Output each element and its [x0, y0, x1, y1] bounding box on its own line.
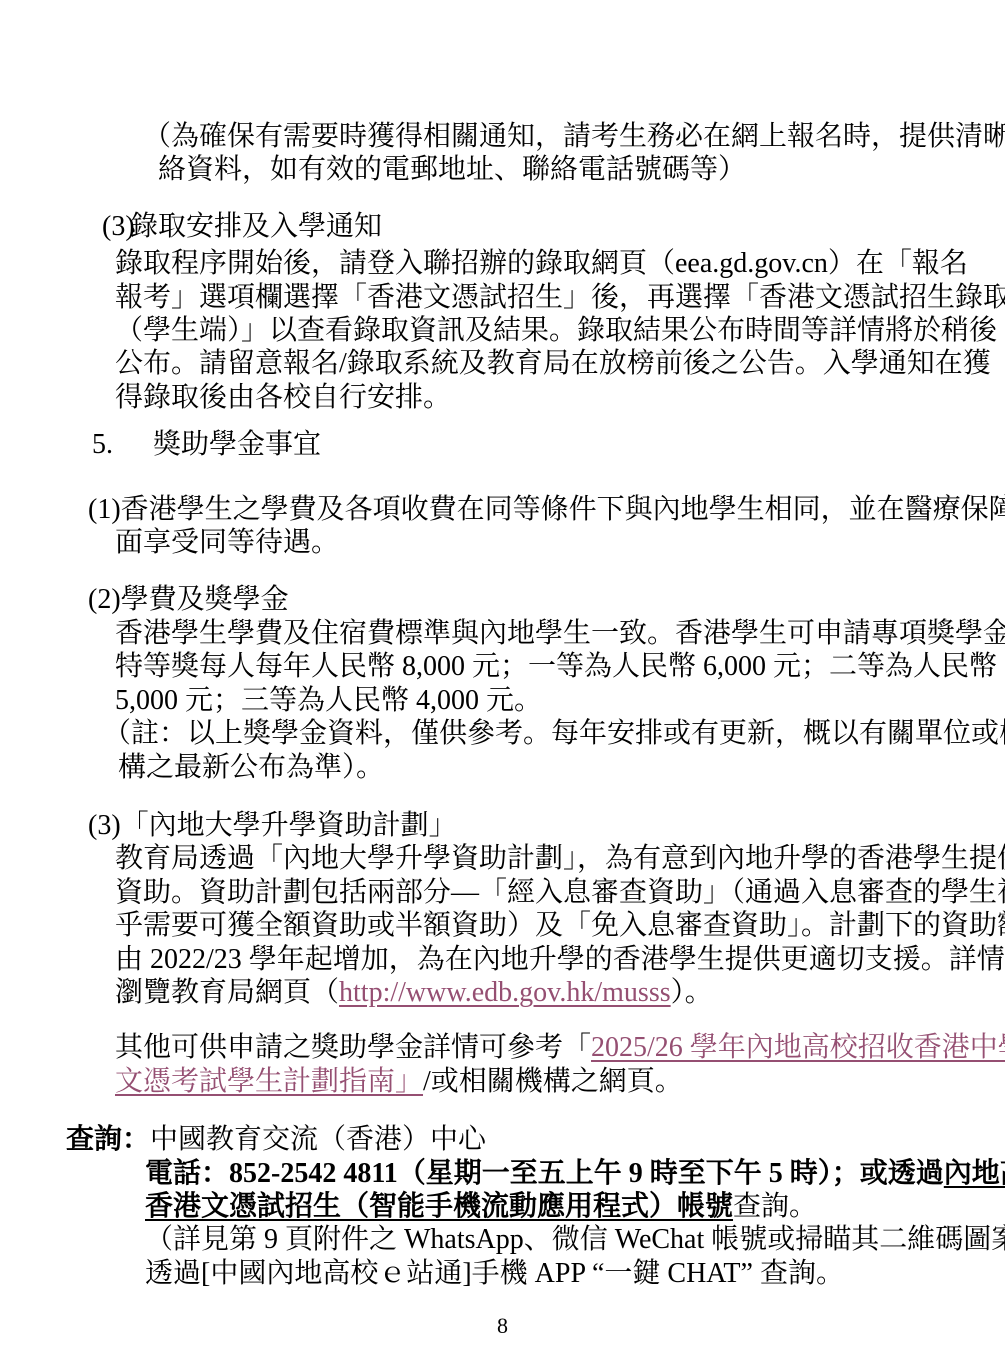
- other-scholarships-paragraph: 其他可供申請之獎助學金詳情可參考「2025/26 學年內地高校招收香港中學 文憑…: [0, 1031, 1005, 1098]
- admission-section: (3)錄取安排及入學通知 錄取程序開始後，請登入聯招辦的錄取網頁（eea.gd.…: [0, 210, 1005, 414]
- item-2-marker: (2): [88, 584, 121, 615]
- item-2-title: 學費及獎學金: [121, 584, 289, 615]
- inquiry-app-suffix: 查詢。: [733, 1191, 817, 1222]
- contact-note-line-2: 絡資料，如有效的電郵地址、聯絡電話號碼等）: [0, 153, 1005, 186]
- inquiry-app-name-part-1: 內地高校: [944, 1158, 1005, 1189]
- inquiry-app-line: 香港文憑試招生（智能手機流動應用程式）帳號查詢。: [0, 1190, 1005, 1223]
- admission-body-line: 報考」選項欄選擇「香港文憑試招生」後，再選擇「香港文憑試招生錄取: [0, 281, 1005, 314]
- scholarship-item-2: (2)學費及獎學金 香港學生學費及住宿費標準與內地學生一致。香港學生可申請專項獎…: [0, 583, 1005, 783]
- item-3-last-line: 瀏覽教育局網頁（http://www.edb.gov.hk/musss）。: [0, 976, 1005, 1009]
- inquiry-org-line: 查詢：中國教育交流（香港）中心: [0, 1123, 1005, 1156]
- item-2-note-line-2: 構之最新公布為準）。: [0, 751, 1005, 784]
- other-scholarships-line-2: 文憑考試學生計劃指南」/或相關機構之網頁。: [0, 1065, 1005, 1098]
- scholarship-item-1: (1)香港學生之學費及各項收費在同等條件下與內地學生相同，並在醫療保障方 面享受…: [0, 493, 1005, 560]
- admission-body-line: 公布。請留意報名/錄取系統及教育局在放榜前後之公告。入學通知在獲: [0, 347, 1005, 380]
- admission-heading: (3)錄取安排及入學通知: [0, 210, 1005, 243]
- contact-note-paragraph: （為確保有需要時獲得相關通知，請考生務必在網上報名時，提供清晰的聯 絡資料，如有…: [0, 120, 1005, 187]
- item-3-title: 「內地大學升學資助計劃」: [121, 810, 457, 841]
- inquiry-label: 查詢：: [66, 1124, 150, 1155]
- item-2-body-line: 5,000 元；三等為人民幣 4,000 元。: [0, 684, 1005, 717]
- item-3-link-suffix: ）。: [671, 977, 713, 1008]
- item-3-marker: (3): [88, 810, 121, 841]
- item-2-body-line: 香港學生學費及住宿費標準與內地學生一致。香港學生可申請專項獎學金，: [0, 617, 1005, 650]
- inquiry-phone-line: 電話：852-2542 4811（星期一至五上午 9 時至下午 5 時）；或透過…: [0, 1157, 1005, 1190]
- inquiry-org: 中國教育交流（香港）中心: [150, 1124, 486, 1155]
- scholarship-item-3: (3)「內地大學升學資助計劃」 教育局透過「內地大學升學資助計劃」，為有意到內地…: [0, 809, 1005, 1009]
- item-3-link-prefix: 瀏覽教育局網頁（: [115, 977, 339, 1008]
- admission-marker: (3): [102, 210, 130, 243]
- document-page: （為確保有需要時獲得相關通知，請考生務必在網上報名時，提供清晰的聯 絡資料，如有…: [0, 0, 1005, 1350]
- item-3-body-line: 乎需要可獲全額資助或半額資助）及「免入息審查資助」。計劃下的資助額: [0, 909, 1005, 942]
- page-number: 8: [0, 1313, 1005, 1339]
- admission-body-line: 得錄取後由各校自行安排。: [0, 381, 1005, 414]
- item-1-marker: (1): [88, 494, 121, 525]
- section-5-marker: 5.: [92, 428, 153, 461]
- item-3-body-line: 由 2022/23 學年起增加，為在內地升學的香港學生提供更適切支援。詳情請: [0, 943, 1005, 976]
- inquiry-app-name-part-2: 香港文憑試招生（智能手機流動應用程式）帳號: [145, 1191, 733, 1222]
- admission-body: 錄取程序開始後，請登入聯招辦的錄取網頁（eea.gd.gov.cn）在「報名 報…: [0, 247, 1005, 414]
- other-scholarships-suffix: /或相關機構之網頁。: [423, 1066, 683, 1097]
- item-2-body-line: 特等獎每人每年人民幣 8,000 元；一等為人民幣 6,000 元；二等為人民幣: [0, 650, 1005, 683]
- edb-musss-link[interactable]: http://www.edb.gov.hk/musss: [339, 977, 671, 1008]
- item-3-body-line: 資助。資助計劃包括兩部分—「經入息審查資助」（通過入息審查的學生視: [0, 876, 1005, 909]
- item-2-heading: (2)學費及獎學金: [0, 583, 1005, 616]
- admission-body-line: （學生端）」以查看錄取資訊及結果。錄取結果公布時間等詳情將於稍後: [0, 314, 1005, 347]
- inquiry-phone-text: 電話：852-2542 4811（星期一至五上午 9 時至下午 5 時）；或透過: [145, 1158, 944, 1189]
- other-scholarships-prefix: 其他可供申請之獎助學金詳情可參考「: [115, 1032, 591, 1063]
- inquiry-block: 查詢：中國教育交流（香港）中心 電話：852-2542 4811（星期一至五上午…: [0, 1123, 1005, 1290]
- item-2-note-line-1: （註：以上獎學金資料，僅供參考。每年安排或有更新，概以有關單位或機: [0, 717, 1005, 750]
- inquiry-detail-line-1: （詳見第 9 頁附件之 WhatsApp、微信 WeChat 帳號或掃瞄其二維碼…: [0, 1223, 1005, 1256]
- admission-title: 錄取安排及入學通知: [130, 211, 382, 242]
- contact-note-line-1: （為確保有需要時獲得相關通知，請考生務必在網上報名時，提供清晰的聯: [0, 120, 1005, 153]
- guide-2025-26-link-part-1[interactable]: 2025/26 學年內地高校招收香港中學: [591, 1032, 1005, 1063]
- other-scholarships-line-1: 其他可供申請之獎助學金詳情可參考「2025/26 學年內地高校招收香港中學: [0, 1031, 1005, 1064]
- item-1-line-2: 面享受同等待遇。: [0, 526, 1005, 559]
- guide-2025-26-link-part-2[interactable]: 文憑考試學生計劃指南」: [115, 1066, 423, 1097]
- item-3-heading: (3)「內地大學升學資助計劃」: [0, 809, 1005, 842]
- section-5-heading: 5.獎助學金事宜: [0, 428, 1005, 461]
- item-1-line-1: (1)香港學生之學費及各項收費在同等條件下與內地學生相同，並在醫療保障方: [0, 493, 1005, 526]
- admission-body-line: 錄取程序開始後，請登入聯招辦的錄取網頁（eea.gd.gov.cn）在「報名: [0, 247, 1005, 280]
- inquiry-detail-line-2: 透過[中國內地高校ｅ站通]手機 APP “一鍵 CHAT” 查詢。: [0, 1257, 1005, 1290]
- section-5-title: 獎助學金事宜: [153, 429, 321, 460]
- item-3-body-line: 教育局透過「內地大學升學資助計劃」，為有意到內地升學的香港學生提供: [0, 842, 1005, 875]
- item-1-text: 香港學生之學費及各項收費在同等條件下與內地學生相同，並在醫療保障方: [121, 494, 1005, 525]
